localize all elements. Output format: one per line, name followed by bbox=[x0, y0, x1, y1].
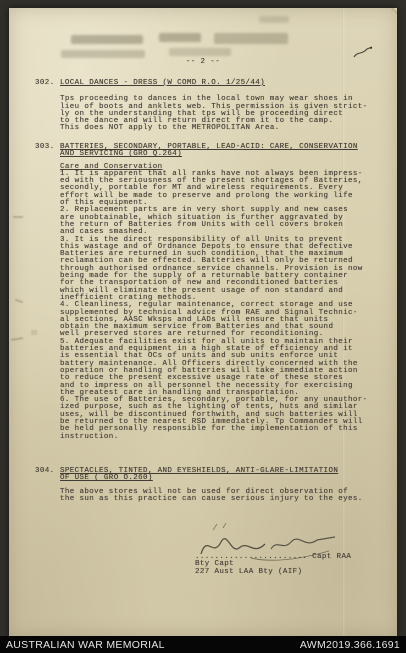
institution-label: AUSTRALIAN WAR MEMORIAL bbox=[6, 639, 165, 651]
section-heading: SPECTACLES, TINTED, AND EYESHIELDS, ANTI… bbox=[60, 468, 397, 483]
section-heading: BATTERIES, SECONDARY, PORTABLE, LEAD-ACI… bbox=[60, 144, 397, 159]
handwritten-signature bbox=[193, 522, 343, 564]
signature-unit: 227 Aust LAA Bty (AIF) bbox=[195, 569, 351, 576]
section-number: 302. bbox=[35, 80, 55, 87]
section-304-spectacles: 304. SPECTACLES, TINTED, AND EYESHIELDS,… bbox=[9, 468, 397, 503]
section-body: 1. It is apparent that all ranks have no… bbox=[60, 171, 397, 441]
bleedthrough-stamp-smudge bbox=[159, 33, 201, 42]
section-number: 304. bbox=[35, 468, 55, 475]
bleedthrough-stamp-smudge bbox=[71, 35, 143, 44]
bleedthrough-stamp-smudge bbox=[169, 48, 231, 56]
bleedthrough-stamp-smudge bbox=[214, 33, 288, 44]
signature-block: ....................... Capt RAA Bty Cap… bbox=[195, 554, 351, 576]
section-302-local-dances: 302. LOCAL DANCES - DRESS (W COMD R.O. 1… bbox=[9, 80, 397, 133]
section-body: The above stores will not be used for di… bbox=[60, 489, 397, 504]
accession-number: AWM2019.366.1691 bbox=[300, 639, 400, 651]
section-number: 303. bbox=[35, 144, 55, 151]
scanned-page: -- 2 -- 302. LOCAL DANCES - DRESS (W COM… bbox=[9, 8, 397, 636]
section-body: Tps proceeding to dances in the local to… bbox=[60, 96, 397, 132]
bleedthrough-stamp-smudge bbox=[259, 16, 289, 23]
section-heading: LOCAL DANCES - DRESS (W COMD R.O. 1/25/4… bbox=[60, 80, 397, 87]
ink-mark-icon bbox=[353, 46, 375, 60]
screenshot-root: { "doc": { "page_number": "-- 2 --", "se… bbox=[0, 0, 406, 653]
section-303-batteries: 303. BATTERIES, SECONDARY, PORTABLE, LEA… bbox=[9, 144, 397, 441]
page-number: -- 2 -- bbox=[9, 59, 397, 66]
bleedthrough-stamp-smudge bbox=[61, 50, 145, 58]
archive-caption-bar: AUSTRALIAN WAR MEMORIAL AWM2019.366.1691 bbox=[0, 636, 406, 653]
